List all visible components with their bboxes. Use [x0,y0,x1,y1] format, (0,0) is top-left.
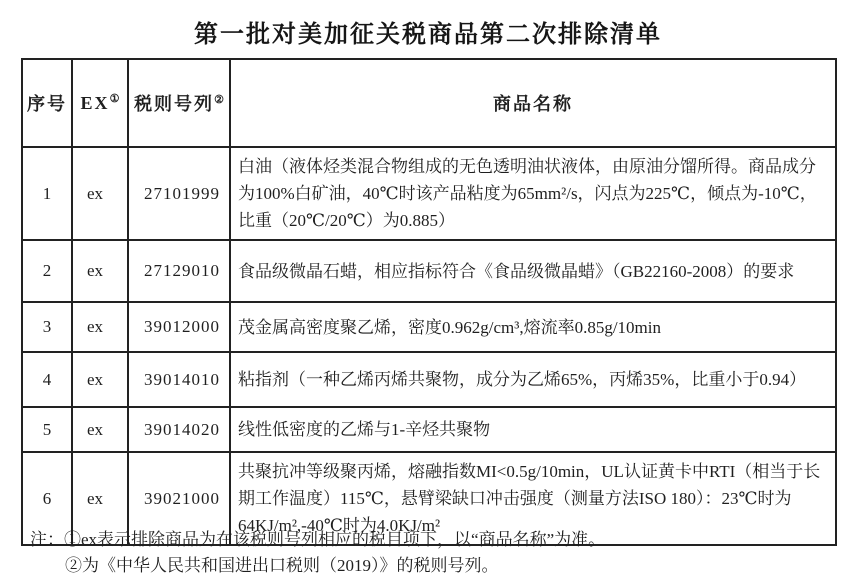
header-label: EX [81,93,110,113]
table-row: 1 ex 27101999 白油（液体烃类混合物组成的无色透明油状液体，由原油分… [22,147,836,240]
cell-serial-number: 3 [22,302,72,352]
header-tariff-code: 税则号列② [128,59,230,147]
footnote-line-2: ②为《中华人民共和国进出口税则（2019）》的税则号列。 [30,553,830,579]
footnotes: 注：①ex表示排除商品为在该税则号列相应的税目项下，以“商品名称”为准。 ②为《… [30,527,830,579]
cell-tariff-code: 39014010 [128,352,230,407]
header-product-name: 商品名称 [230,59,836,147]
cell-tariff-code: 27129010 [128,240,230,302]
footnote-prefix: 注： [30,530,64,549]
header-ex: EX① [72,59,128,147]
footnote-text: ②为《中华人民共和国进出口税则（2019）》的税则号列。 [65,556,499,575]
cell-tariff-code: 39014020 [128,407,230,452]
cell-ex: ex [72,407,128,452]
cell-serial-number: 1 [22,147,72,240]
cell-ex: ex [72,147,128,240]
table-row: 5 ex 39014020 线性低密度的乙烯与1-辛烃共聚物 [22,407,836,452]
table-row: 4 ex 39014010 粘指剂（一种乙烯丙烯共聚物，成分为乙烯65%，丙烯3… [22,352,836,407]
cell-serial-number: 4 [22,352,72,407]
cell-ex: ex [72,240,128,302]
table-row: 2 ex 27129010 食品级微晶石蜡，相应指标符合《食品级微晶蜡》（GB2… [22,240,836,302]
cell-tariff-code: 27101999 [128,147,230,240]
document-page: 第一批对美加征关税商品第二次排除清单 序号 EX① 税则号列② 商品名称 [0,0,856,579]
footnote-marker-1: ① [110,93,120,105]
cell-product-name: 白油（液体烃类混合物组成的无色透明油状液体，由原油分馏所得。商品成分为100%白… [230,147,836,240]
header-row: 序号 EX① 税则号列② 商品名称 [22,59,836,147]
header-label: 税则号列 [134,94,214,114]
cell-product-name: 茂金属高密度聚乙烯，密度0.962g/cm³,熔流率0.85g/10min [230,302,836,352]
cell-product-name: 粘指剂（一种乙烯丙烯共聚物，成分为乙烯65%，丙烯35%，比重小于0.94） [230,352,836,407]
cell-product-name: 食品级微晶石蜡，相应指标符合《食品级微晶蜡》（GB22160-2008）的要求 [230,240,836,302]
footnote-text: ①ex表示排除商品为在该税则号列相应的税目项下，以“商品名称”为准。 [64,530,605,549]
cell-ex: ex [72,302,128,352]
header-label: 商品名称 [493,94,573,114]
header-serial-number: 序号 [22,59,72,147]
cell-ex: ex [72,352,128,407]
table-row: 3 ex 39012000 茂金属高密度聚乙烯，密度0.962g/cm³,熔流率… [22,302,836,352]
cell-product-name: 线性低密度的乙烯与1-辛烃共聚物 [230,407,836,452]
header-label: 序号 [27,94,67,114]
cell-tariff-code: 39012000 [128,302,230,352]
footnote-line-1: 注：①ex表示排除商品为在该税则号列相应的税目项下，以“商品名称”为准。 [30,527,830,553]
cell-serial-number: 5 [22,407,72,452]
footnote-marker-2: ② [214,94,224,106]
cell-serial-number: 2 [22,240,72,302]
exclusion-list-table: 序号 EX① 税则号列② 商品名称 1 ex 27101999 白油（液体烃类混… [21,58,837,546]
page-title: 第一批对美加征关税商品第二次排除清单 [0,14,856,49]
